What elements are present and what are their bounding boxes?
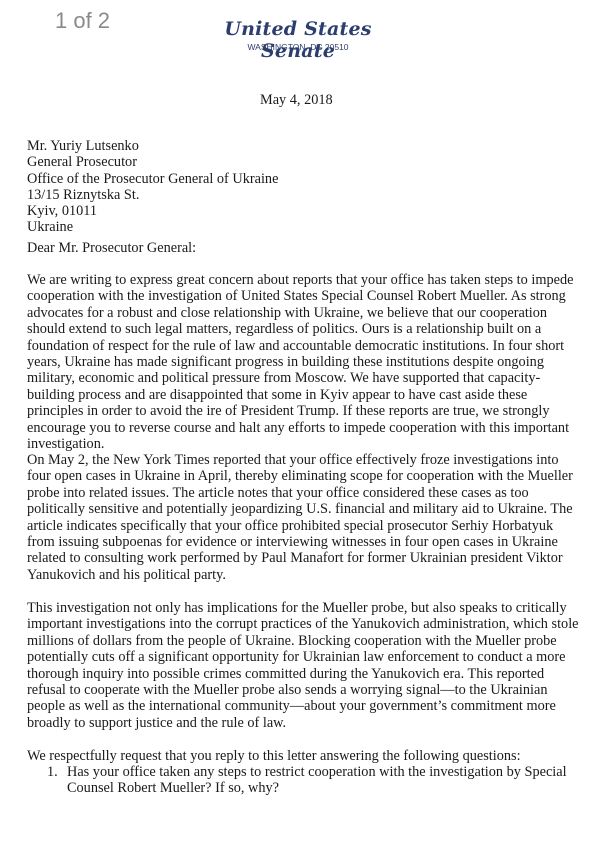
paragraph-line: four open cases in Ukraine in April, the… bbox=[27, 468, 555, 484]
paragraph-line: investigation. bbox=[27, 436, 555, 452]
letterhead-title: United States Senate bbox=[193, 18, 403, 62]
question-number: 1. bbox=[47, 764, 58, 780]
paragraph-line: refusal to cooperate with the Mueller pr… bbox=[27, 682, 555, 698]
paragraph-line: cooperation with the investigation of Un… bbox=[27, 288, 555, 304]
paragraph-line: article indicates specifically that your… bbox=[27, 518, 555, 534]
paragraph-line: related to consulting work performed by … bbox=[27, 550, 555, 566]
paragraph-line: We respectfully request that you reply t… bbox=[27, 748, 555, 764]
paragraph: This investigation not only has implicat… bbox=[27, 600, 555, 731]
paragraph-line: military, economic and political pressur… bbox=[27, 370, 555, 386]
question-line: Counsel Robert Mueller? If so, why? bbox=[67, 780, 555, 796]
paragraph-line: important investigations into the corrup… bbox=[27, 616, 555, 632]
paragraph-line: We are writing to express great concern … bbox=[27, 272, 555, 288]
recipient-line: Kyiv, 01011 bbox=[27, 203, 278, 219]
paragraph-line: broadly to support justice and the rule … bbox=[27, 715, 555, 731]
paragraph-line: years, Ukraine has made significant prog… bbox=[27, 354, 555, 370]
paragraph-line: potentially cuts off a significant oppor… bbox=[27, 649, 555, 665]
paragraph-line: from issuing subpoenas for evidence or i… bbox=[27, 534, 555, 550]
paragraph-line: principles in order to avoid the ire of … bbox=[27, 403, 555, 419]
paragraph-line: This investigation not only has implicat… bbox=[27, 600, 555, 616]
paragraph-line: millions of dollars from the people of U… bbox=[27, 633, 555, 649]
question-item: 1.Has your office taken any steps to res… bbox=[27, 764, 555, 797]
recipient-line: 13/15 Riznytska St. bbox=[27, 187, 278, 203]
paragraph-line: On May 2, the New York Times reported th… bbox=[27, 452, 555, 468]
recipient-address: Mr. Yuriy Lutsenko General Prosecutor Of… bbox=[27, 138, 278, 236]
paragraph-line: people as well as the international comm… bbox=[27, 698, 555, 714]
recipient-line: Mr. Yuriy Lutsenko bbox=[27, 138, 278, 154]
paragraph-line: encourage you to reverse course and halt… bbox=[27, 420, 555, 436]
paragraph-line: probe into related issues. The article n… bbox=[27, 485, 555, 501]
paragraph-line: building process and are disappointed th… bbox=[27, 387, 555, 403]
paragraph-line: Yanukovich and his political party. bbox=[27, 567, 555, 583]
paragraph-line: politically sensitive and potentially je… bbox=[27, 501, 555, 517]
question-line: Has your office taken any steps to restr… bbox=[67, 764, 555, 780]
paragraph-line: should extend to such legal matters, reg… bbox=[27, 321, 555, 337]
page-indicator: 1 of 2 bbox=[55, 8, 110, 34]
paragraph-line: thorough inquiry into possible crimes co… bbox=[27, 666, 555, 682]
salutation: Dear Mr. Prosecutor General: bbox=[27, 240, 196, 256]
paragraph-line: advocates for a robust and close relatio… bbox=[27, 305, 555, 321]
recipient-line: Office of the Prosecutor General of Ukra… bbox=[27, 171, 278, 187]
recipient-line: Ukraine bbox=[27, 219, 278, 235]
paragraph-line: foundation of respect for the rule of la… bbox=[27, 338, 555, 354]
paragraph: We respectfully request that you reply t… bbox=[27, 748, 555, 764]
letter-date: May 4, 2018 bbox=[260, 92, 333, 108]
recipient-line: General Prosecutor bbox=[27, 154, 278, 170]
paragraph: On May 2, the New York Times reported th… bbox=[27, 452, 555, 583]
paragraph: We are writing to express great concern … bbox=[27, 272, 555, 452]
letterhead-subtitle: WASHINGTON, DC 20510 bbox=[193, 42, 403, 52]
questions-list: 1.Has your office taken any steps to res… bbox=[27, 764, 555, 797]
